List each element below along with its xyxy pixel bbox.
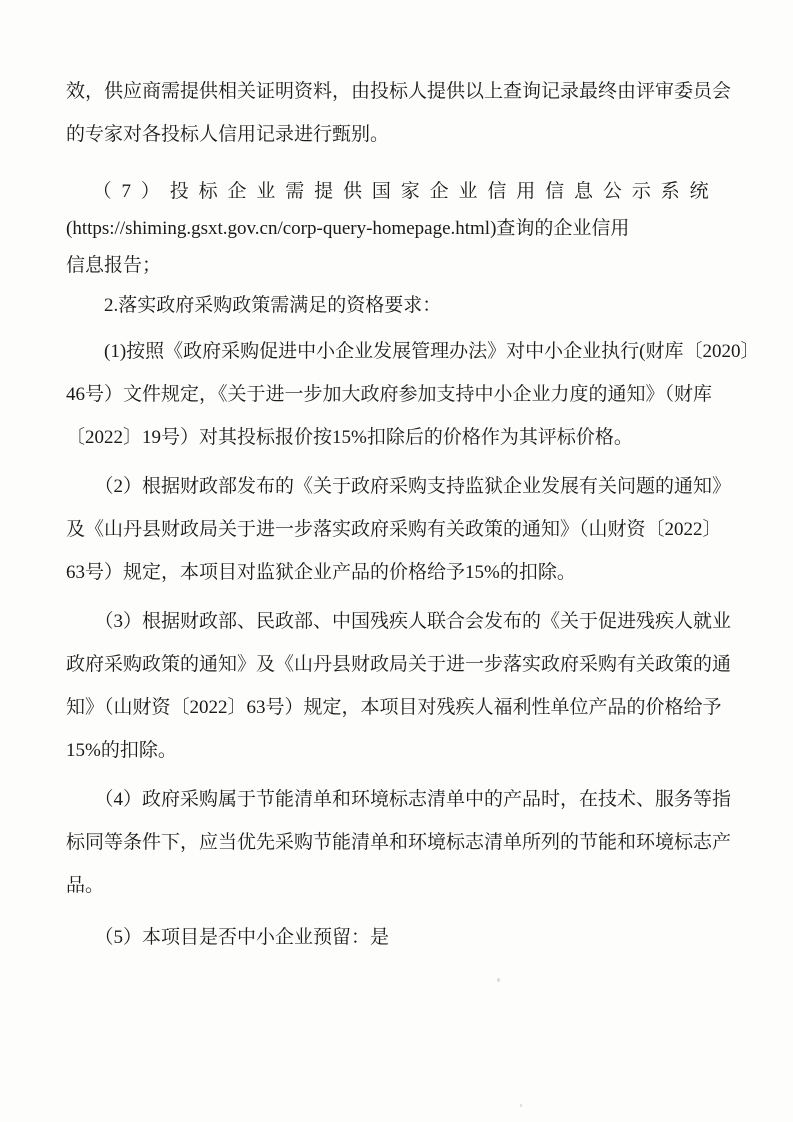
- text-line: 品。: [66, 864, 730, 907]
- text-line: （7）投标企业需提供国家企业信用信息公示系统: [66, 173, 730, 210]
- text-line: 效，供应商需提供相关证明资料，由投标人提供以上查询记录最终由评审委员会: [66, 70, 730, 113]
- scan-noise-speck: [520, 1104, 522, 1107]
- text-line: 63号）规定，本项目对监狱企业产品的价格给予15%的扣除。: [66, 551, 730, 594]
- text-line: 〔2022〕19号）对其投标报价按15%扣除后的价格作为其评标价格。: [66, 416, 730, 459]
- text-line: 2.落实政府采购政策需满足的资格要求：: [66, 284, 730, 327]
- paragraph-4: （2）根据财政部发布的《关于政府采购支持监狱企业发展有关问题的通知》及《山丹县财…: [66, 465, 730, 594]
- text-line: 标同等条件下，应当优先采购节能清单和环境标志清单所列的节能和环境标志产: [66, 821, 730, 864]
- scan-noise-speck: [497, 978, 500, 982]
- paragraph-3: (1)按照《政府采购促进中小企业发展管理办法》对中小企业执行(财库〔2020〕4…: [66, 330, 730, 459]
- text-line: 政府采购政策的通知》及《山丹县财政局关于进一步落实政府采购有关政策的通: [66, 643, 730, 686]
- paragraph-2: 2.落实政府采购政策需满足的资格要求：: [66, 284, 730, 327]
- text-line: 知》（山财资〔2022〕63号）规定，本项目对残疾人福利性单位产品的价格给予: [66, 686, 730, 729]
- paragraph-5: （3）根据财政部、民政部、中国残疾人联合会发布的《关于促进残疾人就业政府采购政策…: [66, 600, 730, 772]
- scanned-document-page: 效，供应商需提供相关证明资料，由投标人提供以上查询记录最终由评审委员会的专家对各…: [0, 0, 793, 1122]
- text-line: 的专家对各投标人信用记录进行甄别。: [66, 113, 730, 156]
- text-line: (1)按照《政府采购促进中小企业发展管理办法》对中小企业执行(财库〔2020〕: [66, 330, 730, 373]
- document-body-text: 效，供应商需提供相关证明资料，由投标人提供以上查询记录最终由评审委员会的专家对各…: [66, 70, 730, 959]
- text-line: 及《山丹县财政局关于进一步落实政府采购有关政策的通知》（山财资〔2022〕: [66, 508, 730, 551]
- text-line: （5）本项目是否中小企业预留：是: [66, 916, 730, 959]
- paragraph-0: 效，供应商需提供相关证明资料，由投标人提供以上查询记录最终由评审委员会的专家对各…: [66, 70, 730, 156]
- paragraph-7: （5）本项目是否中小企业预留：是: [66, 916, 730, 959]
- text-line: 信息报告；: [66, 247, 730, 284]
- text-line: （4）政府采购属于节能清单和环境标志清单中的产品时，在技术、服务等指: [66, 778, 730, 821]
- text-line: (https://shiming.gsxt.gov.cn/corp-query-…: [66, 210, 730, 247]
- paragraph-1: （7）投标企业需提供国家企业信用信息公示系统(https://shiming.g…: [66, 173, 730, 284]
- text-line: （3）根据财政部、民政部、中国残疾人联合会发布的《关于促进残疾人就业: [66, 600, 730, 643]
- text-line: 15%的扣除。: [66, 729, 730, 772]
- text-line: （2）根据财政部发布的《关于政府采购支持监狱企业发展有关问题的通知》: [66, 465, 730, 508]
- paragraph-6: （4）政府采购属于节能清单和环境标志清单中的产品时，在技术、服务等指标同等条件下…: [66, 778, 730, 907]
- text-line: 46号）文件规定，《关于进一步加大政府参加支持中小企业力度的通知》（财库: [66, 373, 730, 416]
